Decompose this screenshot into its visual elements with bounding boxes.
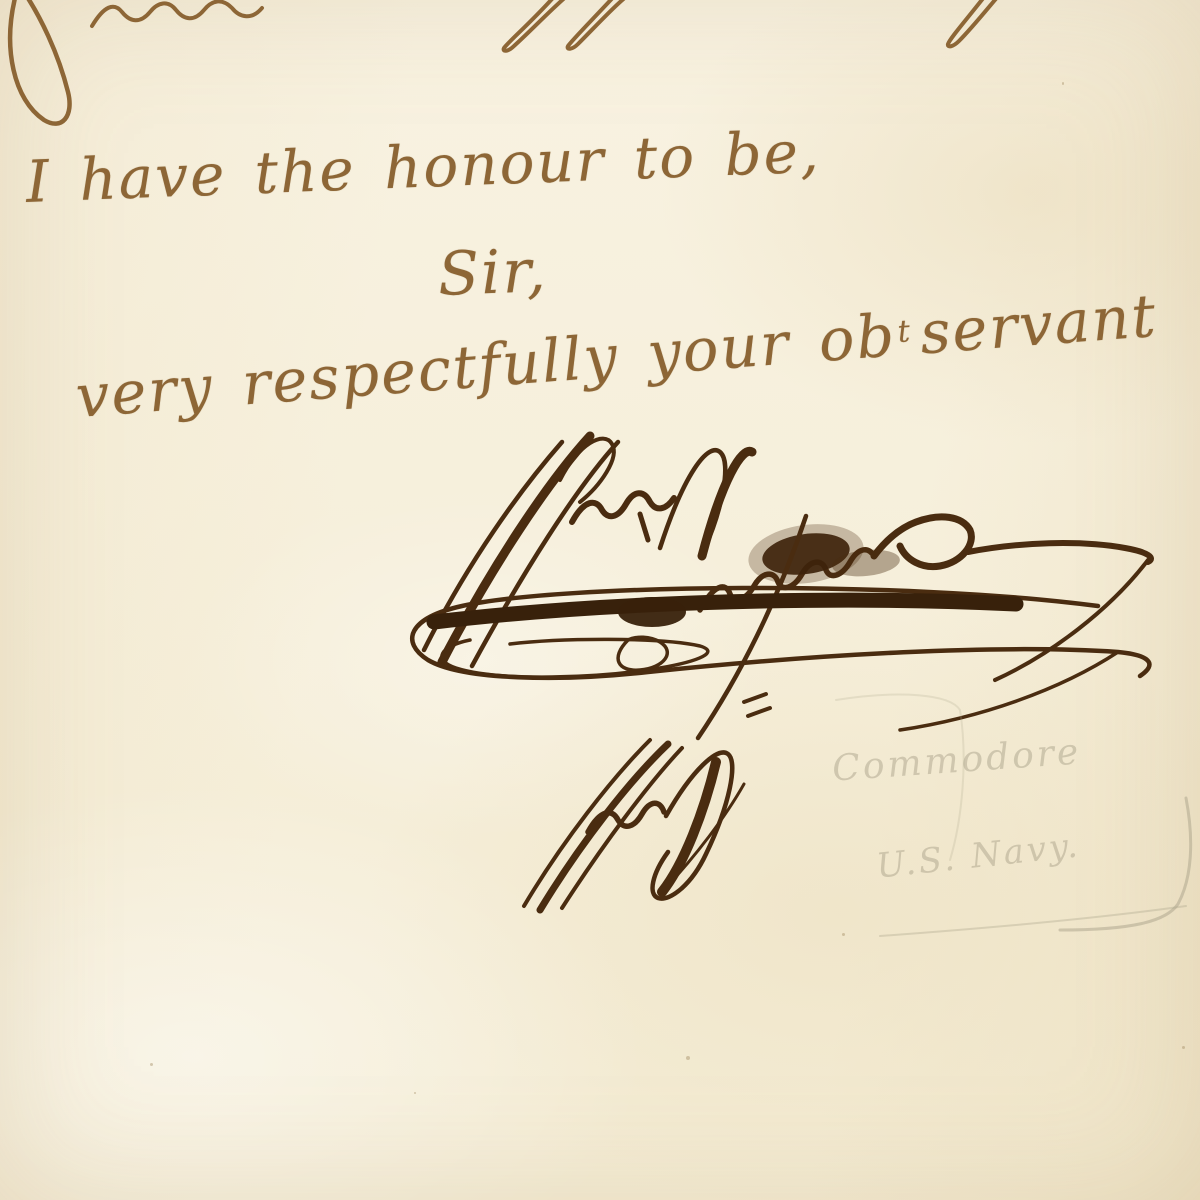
- paper-speck: [1182, 1046, 1185, 1049]
- paper-speck: [150, 1063, 153, 1066]
- top-line-fragment: [10, 0, 1000, 124]
- paper-speck: [1062, 82, 1064, 85]
- paper-speck: [686, 1056, 690, 1060]
- initials-monogram: [524, 694, 770, 910]
- signature-paraph: [412, 588, 1149, 730]
- pencil-bracket: [836, 695, 1191, 936]
- handwriting-strokes: [0, 0, 1200, 1200]
- paper-speck: [842, 933, 845, 936]
- paper-speck: [414, 1092, 416, 1094]
- letter-page: I have the honour to be, Sir, very respe…: [0, 0, 1200, 1200]
